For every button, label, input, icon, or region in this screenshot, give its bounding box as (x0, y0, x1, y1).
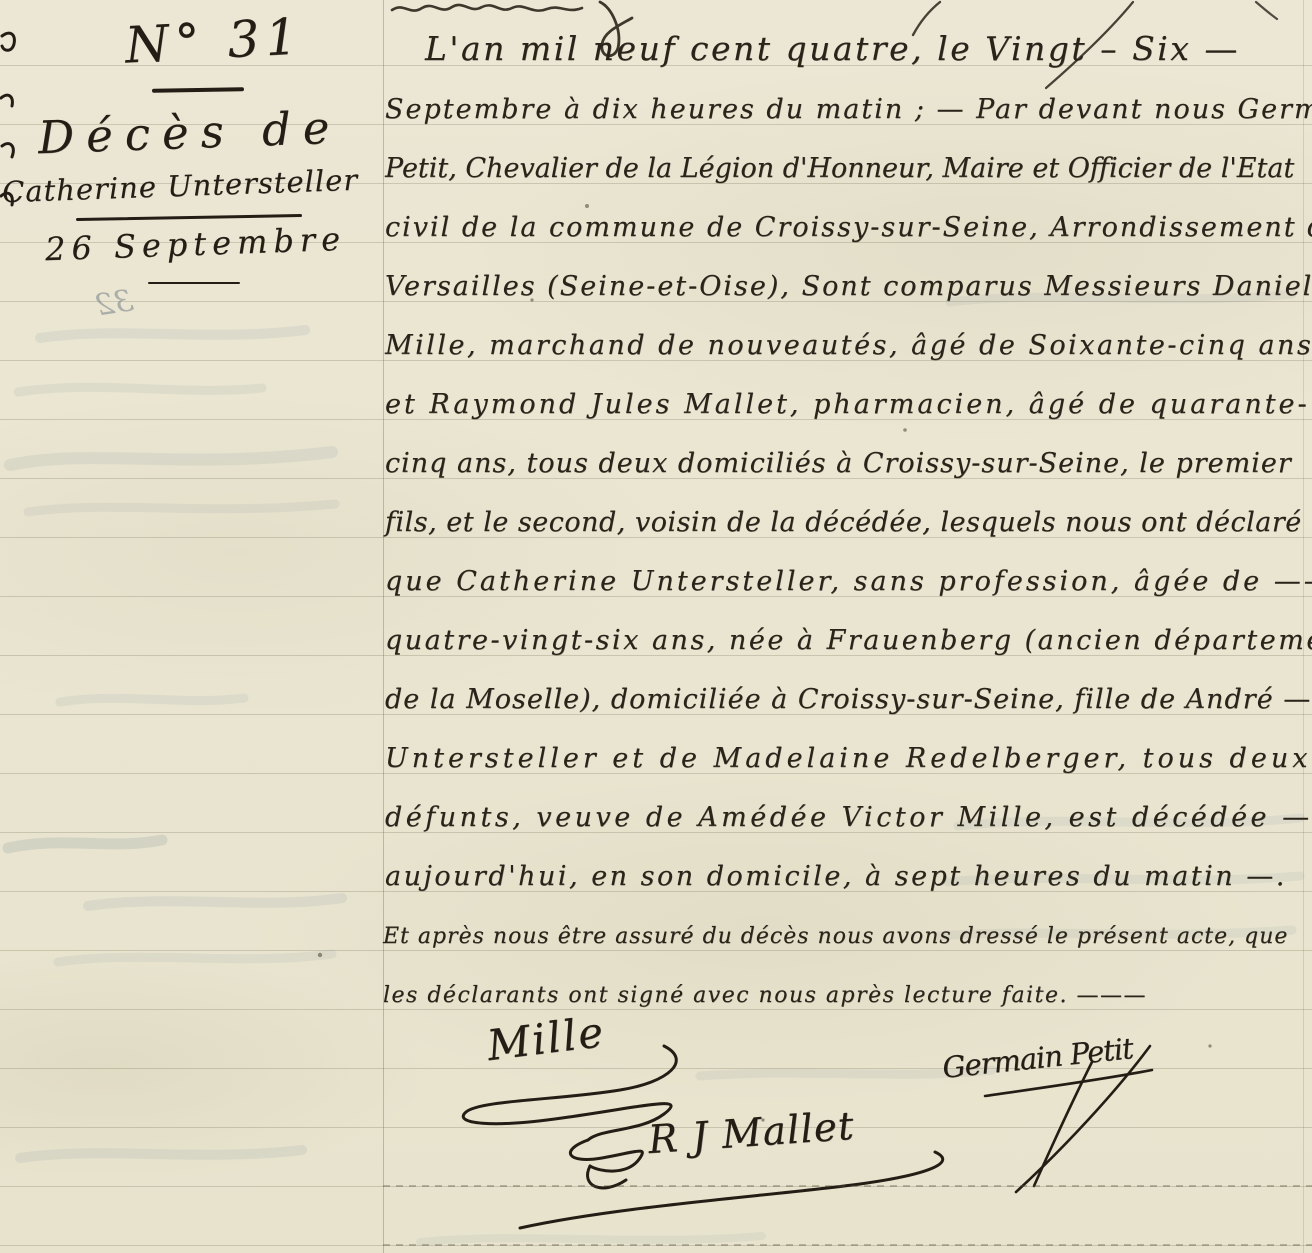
act-text-line-1: L'an mil neuf cent quatre, le Vingt – Si… (425, 32, 1240, 65)
act-text-line-6: Mille, marchand de nouveautés, âgé de So… (385, 332, 1312, 359)
name-underline (76, 214, 302, 221)
signature-mallet: R J Mallet (647, 1107, 856, 1160)
act-text-line-8: cinq ans, tous deux domiciliés à Croissy… (385, 450, 1292, 477)
deceased-name: Catherine Untersteller (2, 166, 359, 207)
act-text-line-3: Petit, Chevalier de la Légion d'Honneur,… (385, 155, 1294, 182)
act-text-line-12: de la Moselle), domiciliée à Croissy-sur… (385, 686, 1311, 713)
death-date: 26 Septembre (45, 223, 347, 265)
act-text-line-14: défunts, veuve de Amédée Victor Mille, e… (385, 804, 1312, 831)
date-underline (148, 282, 240, 284)
act-text-line-5: Versailles (Seine-et-Oise), Sont comparu… (385, 273, 1312, 300)
act-text-line-4: civil de la commune de Croissy-sur-Seine… (385, 214, 1312, 241)
record-number: N° 31 (124, 11, 305, 70)
act-text-line-13: Untersteller et de Madelaine Redelberger… (385, 745, 1312, 772)
act-text-line-15: aujourd'hui, en son domicile, à sept heu… (385, 863, 1287, 890)
death-record-page: N° 31 Décès de Catherine Untersteller 26… (0, 0, 1312, 1253)
act-text-line-10: que Catherine Untersteller, sans profess… (385, 568, 1312, 595)
act-type-label: Décès de (37, 105, 342, 161)
signature-mille: Mille (485, 1011, 607, 1067)
act-text-line-9: fils, et le second, voisin de la décédée… (385, 509, 1302, 536)
act-text-line-7: et Raymond Jules Mallet, pharmacien, âgé… (385, 391, 1310, 418)
record-number-underline (152, 87, 244, 93)
act-text-line-11: quatre-vingt-six ans, née à Frauenberg (… (385, 627, 1312, 654)
signature-germain-petit: Germain Petit (941, 1034, 1134, 1083)
act-text-line-16: Et après nous être assuré du décès nous … (383, 926, 1288, 948)
bleedthrough-number: 32 (92, 283, 135, 324)
act-text-line-2: Septembre à dix heures du matin ; — Par … (385, 96, 1312, 123)
act-text-line-17: les déclarants ont signé avec nous après… (383, 985, 1147, 1007)
margin-vertical-rule (383, 0, 384, 1253)
